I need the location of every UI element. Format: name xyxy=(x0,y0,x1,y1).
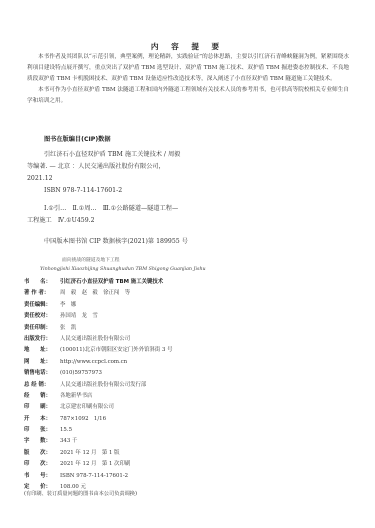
field-label: 总 经 销： xyxy=(24,380,60,391)
field-label: 地 址： xyxy=(24,345,60,356)
copyright-page: 内 容 提 要 本书作者及其团队以“示范引领，典型案例，理论精辟，实践验证”的总… xyxy=(0,0,375,528)
field-label: 印 次： xyxy=(24,459,60,470)
field-proofreader: 责任校对：孙国靖 龙 雪 xyxy=(24,311,324,322)
field-value: 人民交通出版社股份有限公司发行部 xyxy=(60,382,146,388)
abstract-paragraph: 本书作者及其团队以“示范引领，典型案例，理论精辟，实践验证”的总体思路，主要以引… xyxy=(27,52,349,85)
field-authors: 著 作 者：周 毅 赵 毅 徐正闯 等 xyxy=(24,288,324,299)
field-publisher: 出版发行：人民交通出版社股份有限公司 xyxy=(24,334,324,345)
field-format: 开 本：787×1092 1/16 xyxy=(24,414,324,425)
field-label: 印 张： xyxy=(24,425,60,436)
website-link: http://www.ccpcl.com.cn xyxy=(60,359,127,365)
field-value: (100011)北京市朝阳区安定门外外馆斜街 3 号 xyxy=(60,347,173,353)
field-word-count: 字 数：343 千 xyxy=(24,436,324,447)
field-printing: 印 次：2021 年 12 月 第 1 次印刷 xyxy=(24,459,324,470)
field-value: 周 毅 赵 毅 徐正闯 等 xyxy=(60,290,130,296)
cip-line: 2021.12 xyxy=(27,173,257,185)
field-seller: 经 销：各地新华书店 xyxy=(24,391,324,402)
cip-line: 等编著. — 北京 ：人民交通出版社股份有限公司， xyxy=(27,161,257,173)
field-label: 印 刷： xyxy=(24,402,60,413)
abstract-title: 内 容 提 要 xyxy=(0,41,375,52)
field-label: 字 数： xyxy=(24,436,60,447)
field-value: 2021 年 12 月 第 1 次印刷 xyxy=(60,461,130,467)
field-value: 北京建宏印刷有限公司 xyxy=(60,404,114,410)
field-label: 网 址： xyxy=(24,357,60,368)
field-value: 李 娜 xyxy=(60,302,76,308)
field-label: 销售电话： xyxy=(24,368,60,379)
field-distributor: 总 经 销：人民交通出版社股份有限公司发行部 xyxy=(24,380,324,391)
series-name: 面向挑战的隧道及地下工程 xyxy=(62,256,120,263)
field-website: 网 址：http://www.ccpcl.com.cn xyxy=(24,357,324,368)
field-value: 2021 年 12 月 第 1 版 xyxy=(60,450,120,456)
field-value: 人民交通出版社股份有限公司 xyxy=(60,336,130,342)
field-isbn: 书 号：ISBN 978-7-114-17601-2 xyxy=(24,471,324,482)
cip-line: 引红济石小直径双护盾 TBM 施工关键技术 / 周毅 xyxy=(27,149,257,161)
field-label: 责任印制： xyxy=(24,323,60,334)
field-printer: 印 刷：北京建宏印刷有限公司 xyxy=(24,402,324,413)
field-edition: 版 次：2021 年 12 月 第 1 版 xyxy=(24,448,324,459)
cip-record-number: 中国版本图书馆 CIP 数据核字(2021)第 189955 号 xyxy=(44,236,188,245)
field-value: 各地新华书店 xyxy=(60,393,92,399)
title-pinyin: Yinhongjishi Xiaozhijing Shuanghudun TBM… xyxy=(40,267,206,272)
field-print-manager: 责任印制：张 凯 xyxy=(24,323,324,334)
field-sales-phone: 销售电话：(010)59757973 xyxy=(24,368,324,379)
cip-line: Ⅰ.①引… Ⅱ.①周… Ⅲ.①公路隧道—隧道工程— xyxy=(27,203,257,215)
field-value: 15.5 xyxy=(60,427,72,433)
field-label: 书 名： xyxy=(24,277,60,288)
field-value: (010)59757973 xyxy=(60,370,102,376)
colophon-fields: 书 名：引红济石小直径双护盾 TBM 施工关键技术 著 作 者：周 毅 赵 毅 … xyxy=(24,277,324,493)
field-title: 书 名：引红济石小直径双护盾 TBM 施工关键技术 xyxy=(24,277,324,288)
field-address: 地 址：(100011)北京市朝阳区安定门外外馆斜街 3 号 xyxy=(24,345,324,356)
field-label: 经 销： xyxy=(24,391,60,402)
field-value: 孙国靖 龙 雪 xyxy=(60,313,98,319)
field-label: 开 本： xyxy=(24,414,60,425)
cip-line: 工程施工 Ⅳ.①U459.2 xyxy=(27,215,257,227)
field-value: ISBN 978-7-114-17601-2 xyxy=(60,473,128,479)
field-label: 著 作 者： xyxy=(24,288,60,299)
field-label: 责任编辑： xyxy=(24,300,60,311)
quality-note: (有印刷、装订质量问题的图书由本公司负责调换) xyxy=(24,490,137,497)
abstract-paragraph: 本书可作为小直径双护盾 TBM 法隧道工程和国内外隧道工程领域有关技术人员的参考… xyxy=(27,85,349,107)
field-value: 引红济石小直径双护盾 TBM 施工关键技术 xyxy=(60,279,163,285)
cip-heading: 图书在版编目(CIP)数据 xyxy=(44,134,111,143)
field-label: 书 号： xyxy=(24,471,60,482)
field-label: 出版发行： xyxy=(24,334,60,345)
field-value: 343 千 xyxy=(60,438,77,444)
cip-record: 引红济石小直径双护盾 TBM 施工关键技术 / 周毅 等编著. — 北京 ：人民… xyxy=(27,149,257,227)
field-value: 787×1092 1/16 xyxy=(60,416,106,422)
field-label: 版 次： xyxy=(24,448,60,459)
field-label: 责任校对： xyxy=(24,311,60,322)
field-editor: 责任编辑：李 娜 xyxy=(24,300,324,311)
cip-line: ISBN 978-7-114-17601-2 xyxy=(27,185,257,197)
abstract-body: 本书作者及其团队以“示范引领，典型案例，理论精辟，实践验证”的总体思路，主要以引… xyxy=(27,52,349,107)
field-sheets: 印 张：15.5 xyxy=(24,425,324,436)
field-value: 张 凯 xyxy=(60,325,76,331)
